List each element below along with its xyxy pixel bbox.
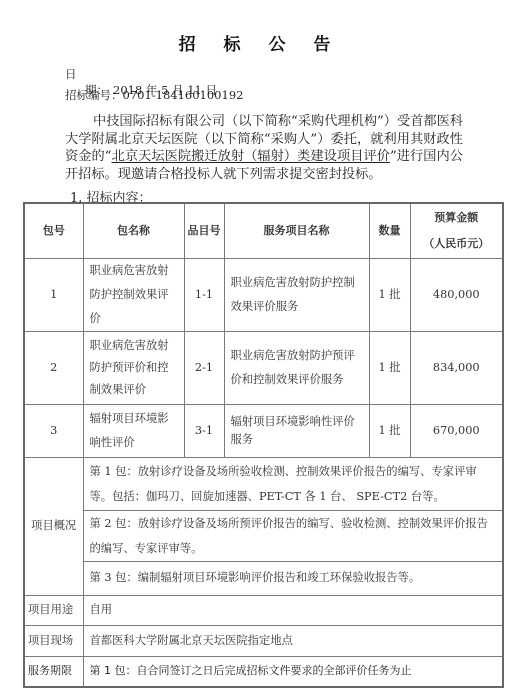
cell-package-no: 1 (24, 258, 83, 331)
site-value: 首都医科大学附属北京天坛医院指定地点 (83, 625, 503, 656)
cell-budget: 834,000 (410, 331, 503, 404)
cell-item-no: 3-1 (184, 404, 224, 457)
table-row: 3 辐射项目环境影响性评价 3-1 辐射项目环境影响性评价服务 1 批 670,… (24, 404, 503, 457)
overview-package-3: 第 3 包：编制辐射项目环境影响评价报告和竣工环保验收报告等。 (83, 561, 503, 595)
header-service-name: 服务项目名称 (224, 203, 369, 258)
usage-label: 项目用途 (24, 595, 83, 625)
cell-package-no: 2 (24, 331, 83, 404)
cell-quantity: 1 批 (369, 258, 410, 331)
overview-row: 第 2 包：放射诊疗设备及场所预评价报告的编写、验收检测、控制效果评价报告的编写… (24, 510, 503, 561)
header-package-name: 包名称 (83, 203, 184, 258)
project-name-underlined: 北京天坛医院搬迁放射（辐射）类建设项目评价 (112, 149, 390, 164)
table-row: 2 职业病危害放射防护预评价和控制效果评价 2-1 职业病危害放射防护预评价和控… (24, 331, 503, 404)
usage-row: 项目用途 自用 (24, 595, 503, 625)
cell-quantity: 1 批 (369, 331, 410, 404)
cell-service-name: 职业病危害放射防护控制效果评价服务 (224, 258, 369, 331)
cell-budget: 670,000 (410, 404, 503, 457)
bid-content-table: 包号 包名称 品目号 服务项目名称 数量 预算金额 （人民币元） 1 职业病危害… (23, 202, 504, 688)
bid-number-value: 0701-184160100192 (123, 88, 244, 102)
site-row: 项目现场 首都医科大学附属北京天坛医院指定地点 (24, 625, 503, 656)
header-item-no: 品目号 (184, 203, 224, 258)
cell-budget: 480,000 (410, 258, 503, 331)
overview-row: 项目概况 第 1 包：放射诊疗设备及场所验收检测、控制效果评价报告的编写、专家评… (24, 457, 503, 510)
site-label: 项目现场 (24, 625, 83, 656)
cell-item-no: 2-1 (184, 331, 224, 404)
cell-package-name: 辐射项目环境影响性评价 (83, 404, 184, 457)
cell-item-no: 1-1 (184, 258, 224, 331)
table-header-row: 包号 包名称 品目号 服务项目名称 数量 预算金额 （人民币元） (24, 203, 503, 258)
term-row: 服务期限 第 1 包：自合同签订之日后完成招标文件要求的全部评价任务为止 (24, 656, 503, 687)
document-title: 招 标 公 告 (0, 30, 520, 55)
bid-number-line: 招标编号：0701-184160100192 (65, 87, 243, 103)
cell-quantity: 1 批 (369, 404, 410, 457)
intro-paragraph: 中技国际招标有限公司（以下简称“采购代理机构”）受首都医科大学附属北京天坛医院（… (65, 113, 463, 183)
cell-package-name: 职业病危害放射防护预评价和控制效果评价 (83, 331, 184, 404)
overview-package-1: 第 1 包：放射诊疗设备及场所验收检测、控制效果评价报告的编写、专家评审等。包括… (83, 457, 503, 510)
term-label: 服务期限 (24, 656, 83, 687)
overview-label: 项目概况 (24, 457, 83, 595)
cell-package-no: 3 (24, 404, 83, 457)
header-quantity: 数量 (369, 203, 410, 258)
header-budget: 预算金额 （人民币元） (410, 203, 503, 258)
overview-package-2: 第 2 包：放射诊疗设备及场所预评价报告的编写、验收检测、控制效果评价报告的编写… (83, 510, 503, 561)
overview-row: 第 3 包：编制辐射项目环境影响评价报告和竣工环保验收报告等。 (24, 561, 503, 595)
bid-number-label: 招标编号： (65, 88, 123, 102)
table-row: 1 职业病危害放射防护控制效果评价 1-1 职业病危害放射防护控制效果评价服务 … (24, 258, 503, 331)
term-value: 第 1 包：自合同签订之日后完成招标文件要求的全部评价任务为止 (83, 656, 503, 687)
cell-service-name: 职业病危害放射防护预评价和控制效果评价服务 (224, 331, 369, 404)
header-package-no: 包号 (24, 203, 83, 258)
cell-service-name: 辐射项目环境影响性评价服务 (224, 404, 369, 457)
cell-package-name: 职业病危害放射防护控制效果评价 (83, 258, 184, 331)
usage-value: 自用 (83, 595, 503, 625)
